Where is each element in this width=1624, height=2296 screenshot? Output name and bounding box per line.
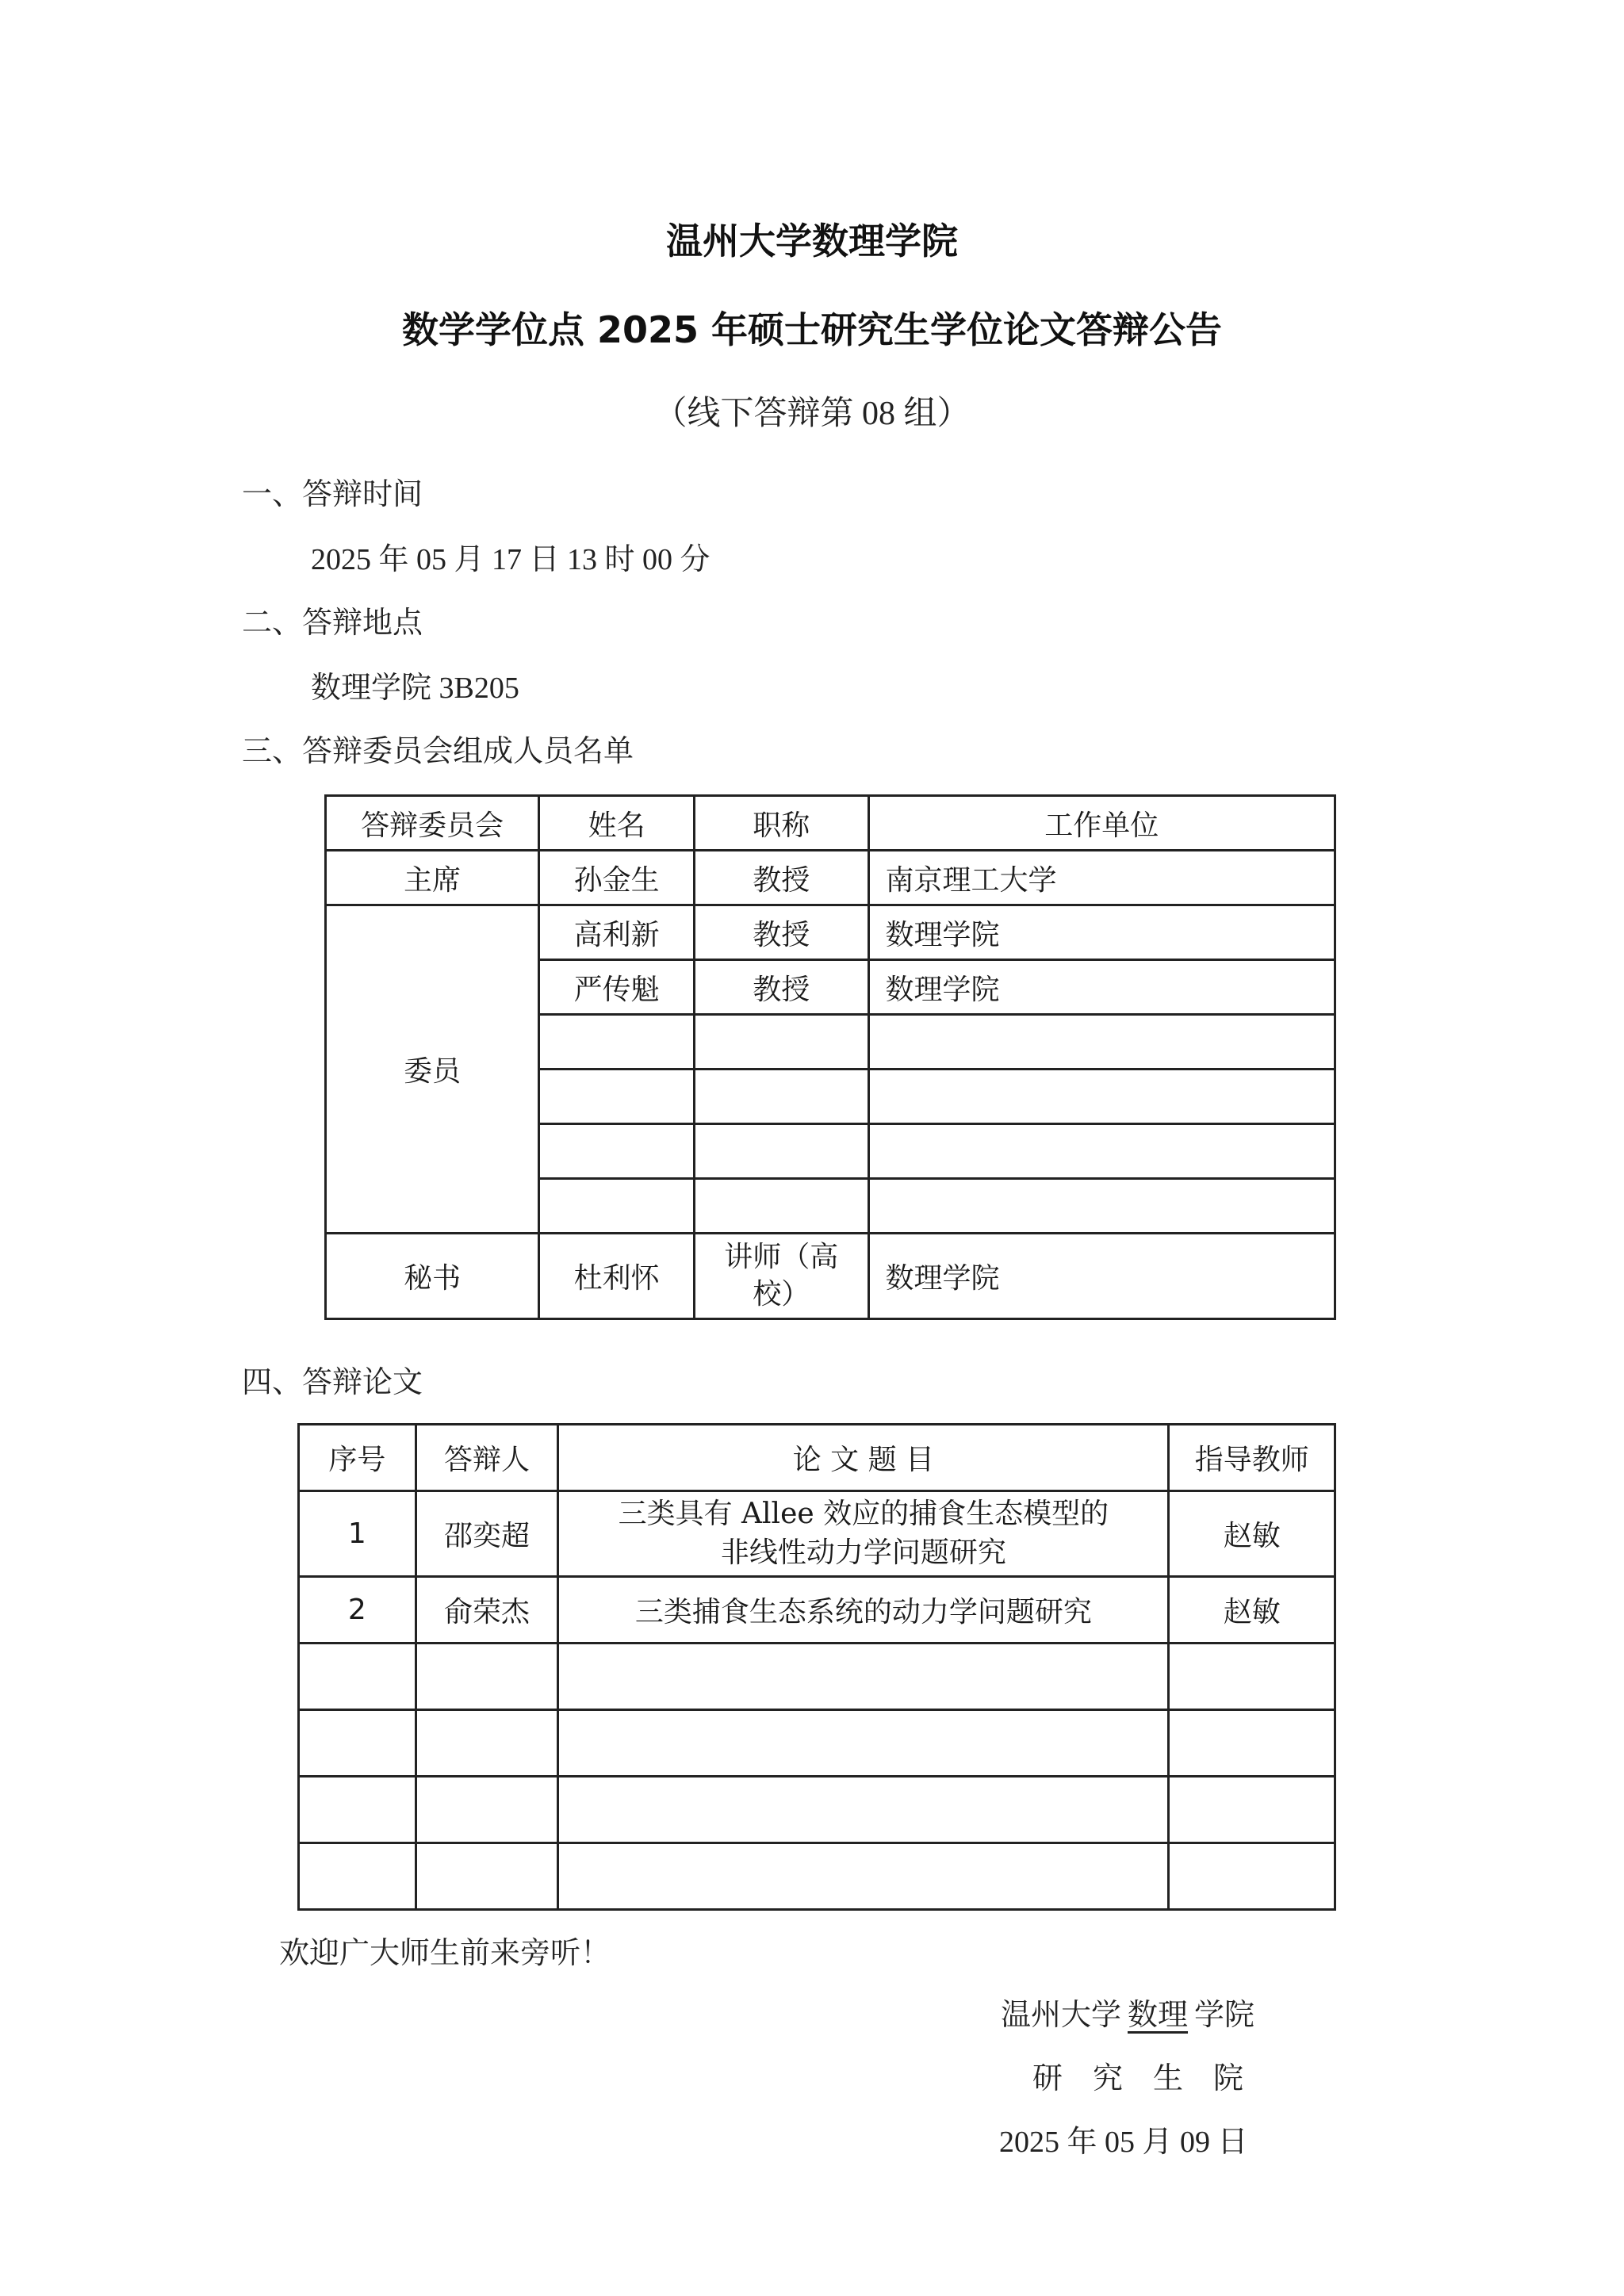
unit-cell [868, 1070, 1335, 1124]
name-cell: 杜利怀 [539, 1234, 695, 1319]
advisor-cell [1169, 1777, 1335, 1843]
column-header: 指导教师 [1169, 1425, 1335, 1491]
unit-cell: 数理学院 [868, 960, 1335, 1015]
number-cell: 1 [299, 1491, 416, 1577]
defense-time: 2025 年 05 月 17 日 13 时 00 分 [311, 534, 710, 578]
advisor-cell: 赵敏 [1169, 1577, 1335, 1644]
number-cell [299, 1777, 416, 1843]
signature-prefix: 温州大学 [1001, 1999, 1121, 2032]
role-cell: 委员 [326, 905, 539, 1234]
student-cell [416, 1843, 558, 1910]
title-cell [694, 1124, 868, 1179]
signature-graduate-school: 研究生院 [1032, 2053, 1274, 2097]
thesis-title-line: 三类具有 Allee 效应的捕食生态模型的 [559, 1495, 1167, 1534]
name-cell: 孙金生 [539, 851, 695, 905]
title-cell [694, 1070, 868, 1124]
table-row-chair: 主席 孙金生 教授 南京理工大学 [326, 851, 1335, 905]
advisor-cell [1169, 1644, 1335, 1710]
role-cell: 主席 [326, 851, 539, 905]
unit-cell [868, 1015, 1335, 1070]
title-cell [694, 1179, 868, 1234]
name-cell: 严传魁 [539, 960, 695, 1015]
signature-suffix: 学院 [1194, 1999, 1254, 2032]
title-cell: 教授 [694, 960, 868, 1015]
student-cell: 邵奕超 [416, 1491, 558, 1577]
thesis-title-cell: 三类捕食生态系统的动力学问题研究 [558, 1577, 1169, 1644]
section-heading-time: 一、答辩时间 [242, 469, 423, 513]
advisor-cell: 赵敏 [1169, 1491, 1335, 1577]
name-cell [539, 1070, 695, 1124]
column-header: 序号 [299, 1425, 416, 1491]
column-header: 工作单位 [868, 796, 1335, 851]
welcome-note: 欢迎广大师生前来旁听！ [279, 1928, 611, 1972]
unit-cell [868, 1179, 1335, 1234]
signature-college: 温州大学数理学院 [1001, 1990, 1254, 2034]
signature-college-name: 数理 [1121, 1999, 1194, 2032]
column-header: 姓名 [539, 796, 695, 851]
title-cell: 教授 [694, 905, 868, 960]
number-cell [299, 1843, 416, 1910]
column-header: 论 文 题 目 [558, 1425, 1169, 1491]
table-row: 1 邵奕超 三类具有 Allee 效应的捕食生态模型的 非线性动力学问题研究 赵… [299, 1491, 1335, 1577]
table-row [299, 1843, 1335, 1910]
committee-header-row: 答辩委员会 姓名 职称 工作单位 [326, 796, 1335, 851]
thesis-title-cell [558, 1644, 1169, 1710]
theses-header-row: 序号 答辩人 论 文 题 目 指导教师 [299, 1425, 1335, 1491]
student-cell [416, 1644, 558, 1710]
advisor-cell [1169, 1710, 1335, 1777]
table-row [299, 1644, 1335, 1710]
theses-table: 序号 答辩人 论 文 题 目 指导教师 1 邵奕超 三类具有 Allee 效应的… [297, 1423, 1336, 1911]
unit-cell [868, 1124, 1335, 1179]
table-row [299, 1710, 1335, 1777]
name-cell [539, 1124, 695, 1179]
student-cell: 俞荣杰 [416, 1577, 558, 1644]
number-cell: 2 [299, 1577, 416, 1644]
thesis-title-cell [558, 1710, 1169, 1777]
thesis-title-line: 非线性动力学问题研究 [559, 1534, 1167, 1573]
title-cell [694, 1015, 868, 1070]
name-cell [539, 1015, 695, 1070]
section-heading-committee: 三、答辩委员会组成人员名单 [242, 726, 634, 770]
student-cell [416, 1710, 558, 1777]
signature-date: 2025 年 05 月 09 日 [999, 2117, 1248, 2160]
unit-cell: 南京理工大学 [868, 851, 1335, 905]
section-heading-location: 二、答辩地点 [242, 598, 423, 641]
column-header: 答辩委员会 [326, 796, 539, 851]
thesis-title-cell [558, 1843, 1169, 1910]
table-row-member: 委员 高利新 教授 数理学院 [326, 905, 1335, 960]
title-cell: 讲师（高校） [694, 1234, 868, 1319]
name-cell: 高利新 [539, 905, 695, 960]
name-cell [539, 1179, 695, 1234]
advisor-cell [1169, 1843, 1335, 1910]
committee-table: 答辩委员会 姓名 职称 工作单位 主席 孙金生 教授 南京理工大学 委员 高利新… [324, 794, 1336, 1320]
defense-location: 数理学院 3B205 [311, 663, 519, 706]
column-header: 答辩人 [416, 1425, 558, 1491]
unit-cell: 数理学院 [868, 905, 1335, 960]
table-row: 2 俞荣杰 三类捕食生态系统的动力学问题研究 赵敏 [299, 1577, 1335, 1644]
student-cell [416, 1777, 558, 1843]
table-row [299, 1777, 1335, 1843]
number-cell [299, 1710, 416, 1777]
table-row-secretary: 秘书 杜利怀 讲师（高校） 数理学院 [326, 1234, 1335, 1319]
column-header: 职称 [694, 796, 868, 851]
thesis-title-cell [558, 1777, 1169, 1843]
number-cell [299, 1644, 416, 1710]
section-heading-theses: 四、答辩论文 [242, 1357, 423, 1401]
thesis-title-cell: 三类具有 Allee 效应的捕食生态模型的 非线性动力学问题研究 [558, 1491, 1169, 1577]
group-subtitle: （线下答辩第 08 组） [0, 387, 1624, 434]
title-cell: 教授 [694, 851, 868, 905]
page-title: 温州大学数理学院 [0, 212, 1624, 265]
unit-cell: 数理学院 [868, 1234, 1335, 1319]
role-cell: 秘书 [326, 1234, 539, 1319]
announcement-title: 数学学位点 2025 年硕士研究生学位论文答辩公告 [0, 301, 1624, 354]
